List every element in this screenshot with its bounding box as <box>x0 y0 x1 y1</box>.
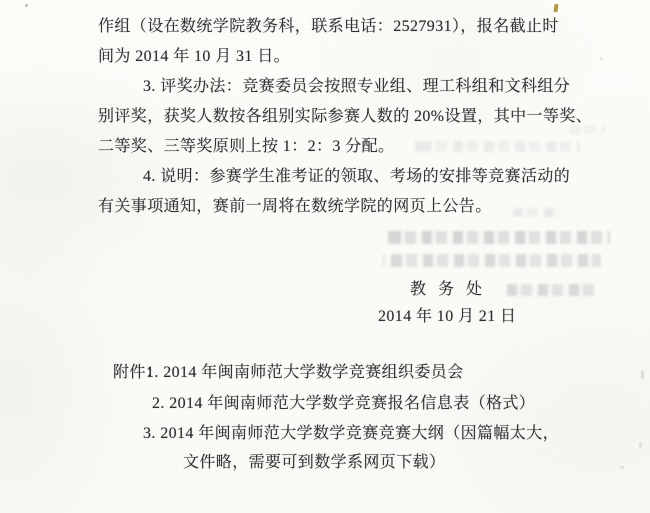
scanner-speck-yellow <box>553 4 558 12</box>
attachment-item-2: 2. 2014 年闽南师范大学数学竞赛报名信息表（格式） <box>152 394 535 413</box>
scanner-speck <box>600 57 603 60</box>
scanned-document-page: 作组（设在数统学院教务科，联系电话：2527931），报名截止时 间为 2014… <box>0 0 650 513</box>
scanner-speck <box>641 371 644 379</box>
signature-date: 2014 年 10 月 21 日 <box>378 307 516 326</box>
body-line-1: 作组（设在数统学院教务科，联系电话：2527931），报名截止时 <box>98 17 559 36</box>
body-line-4: 别评奖，获奖人数按各组别实际参赛人数的 20%设置，其中一等奖、 <box>98 107 592 126</box>
scanner-speck <box>25 4 28 7</box>
bleedthrough-smudge <box>388 231 610 244</box>
attachment-item-3-continuation: 文件略，需要可到数学系网页下载） <box>183 453 445 472</box>
bleedthrough-smudge <box>513 208 559 217</box>
bleedthrough-smudge <box>415 141 580 152</box>
body-line-5: 二等奖、三等奖原则上按 1：2：3 分配。 <box>98 137 394 156</box>
body-line-7: 有关事项通知，赛前一周将在数统学院的网页上公告。 <box>98 197 492 216</box>
body-line-6: 4. 说明：参赛学生准考证的领取、考场的安排等竞赛活动的 <box>143 167 570 186</box>
bleedthrough-smudge <box>502 284 595 296</box>
body-line-3: 3. 评奖办法：竞赛委员会按照专业组、理工科组和文科组分 <box>143 77 570 96</box>
scanner-speck <box>620 466 624 469</box>
signature-department: 教务处 <box>410 280 494 299</box>
body-line-2: 间为 2014 年 10 月 31 日。 <box>98 47 290 66</box>
bleedthrough-smudge <box>570 125 606 134</box>
attachment-item-3: 3. 2014 年闽南师范大学数学竞赛竞赛大纲（因篇幅太大， <box>143 424 559 443</box>
scanner-speck <box>639 442 642 448</box>
bleedthrough-smudge <box>383 254 601 267</box>
attachment-item-1: 1. 2014 年闽南师范大学数学竞赛组织委员会 <box>146 363 464 382</box>
